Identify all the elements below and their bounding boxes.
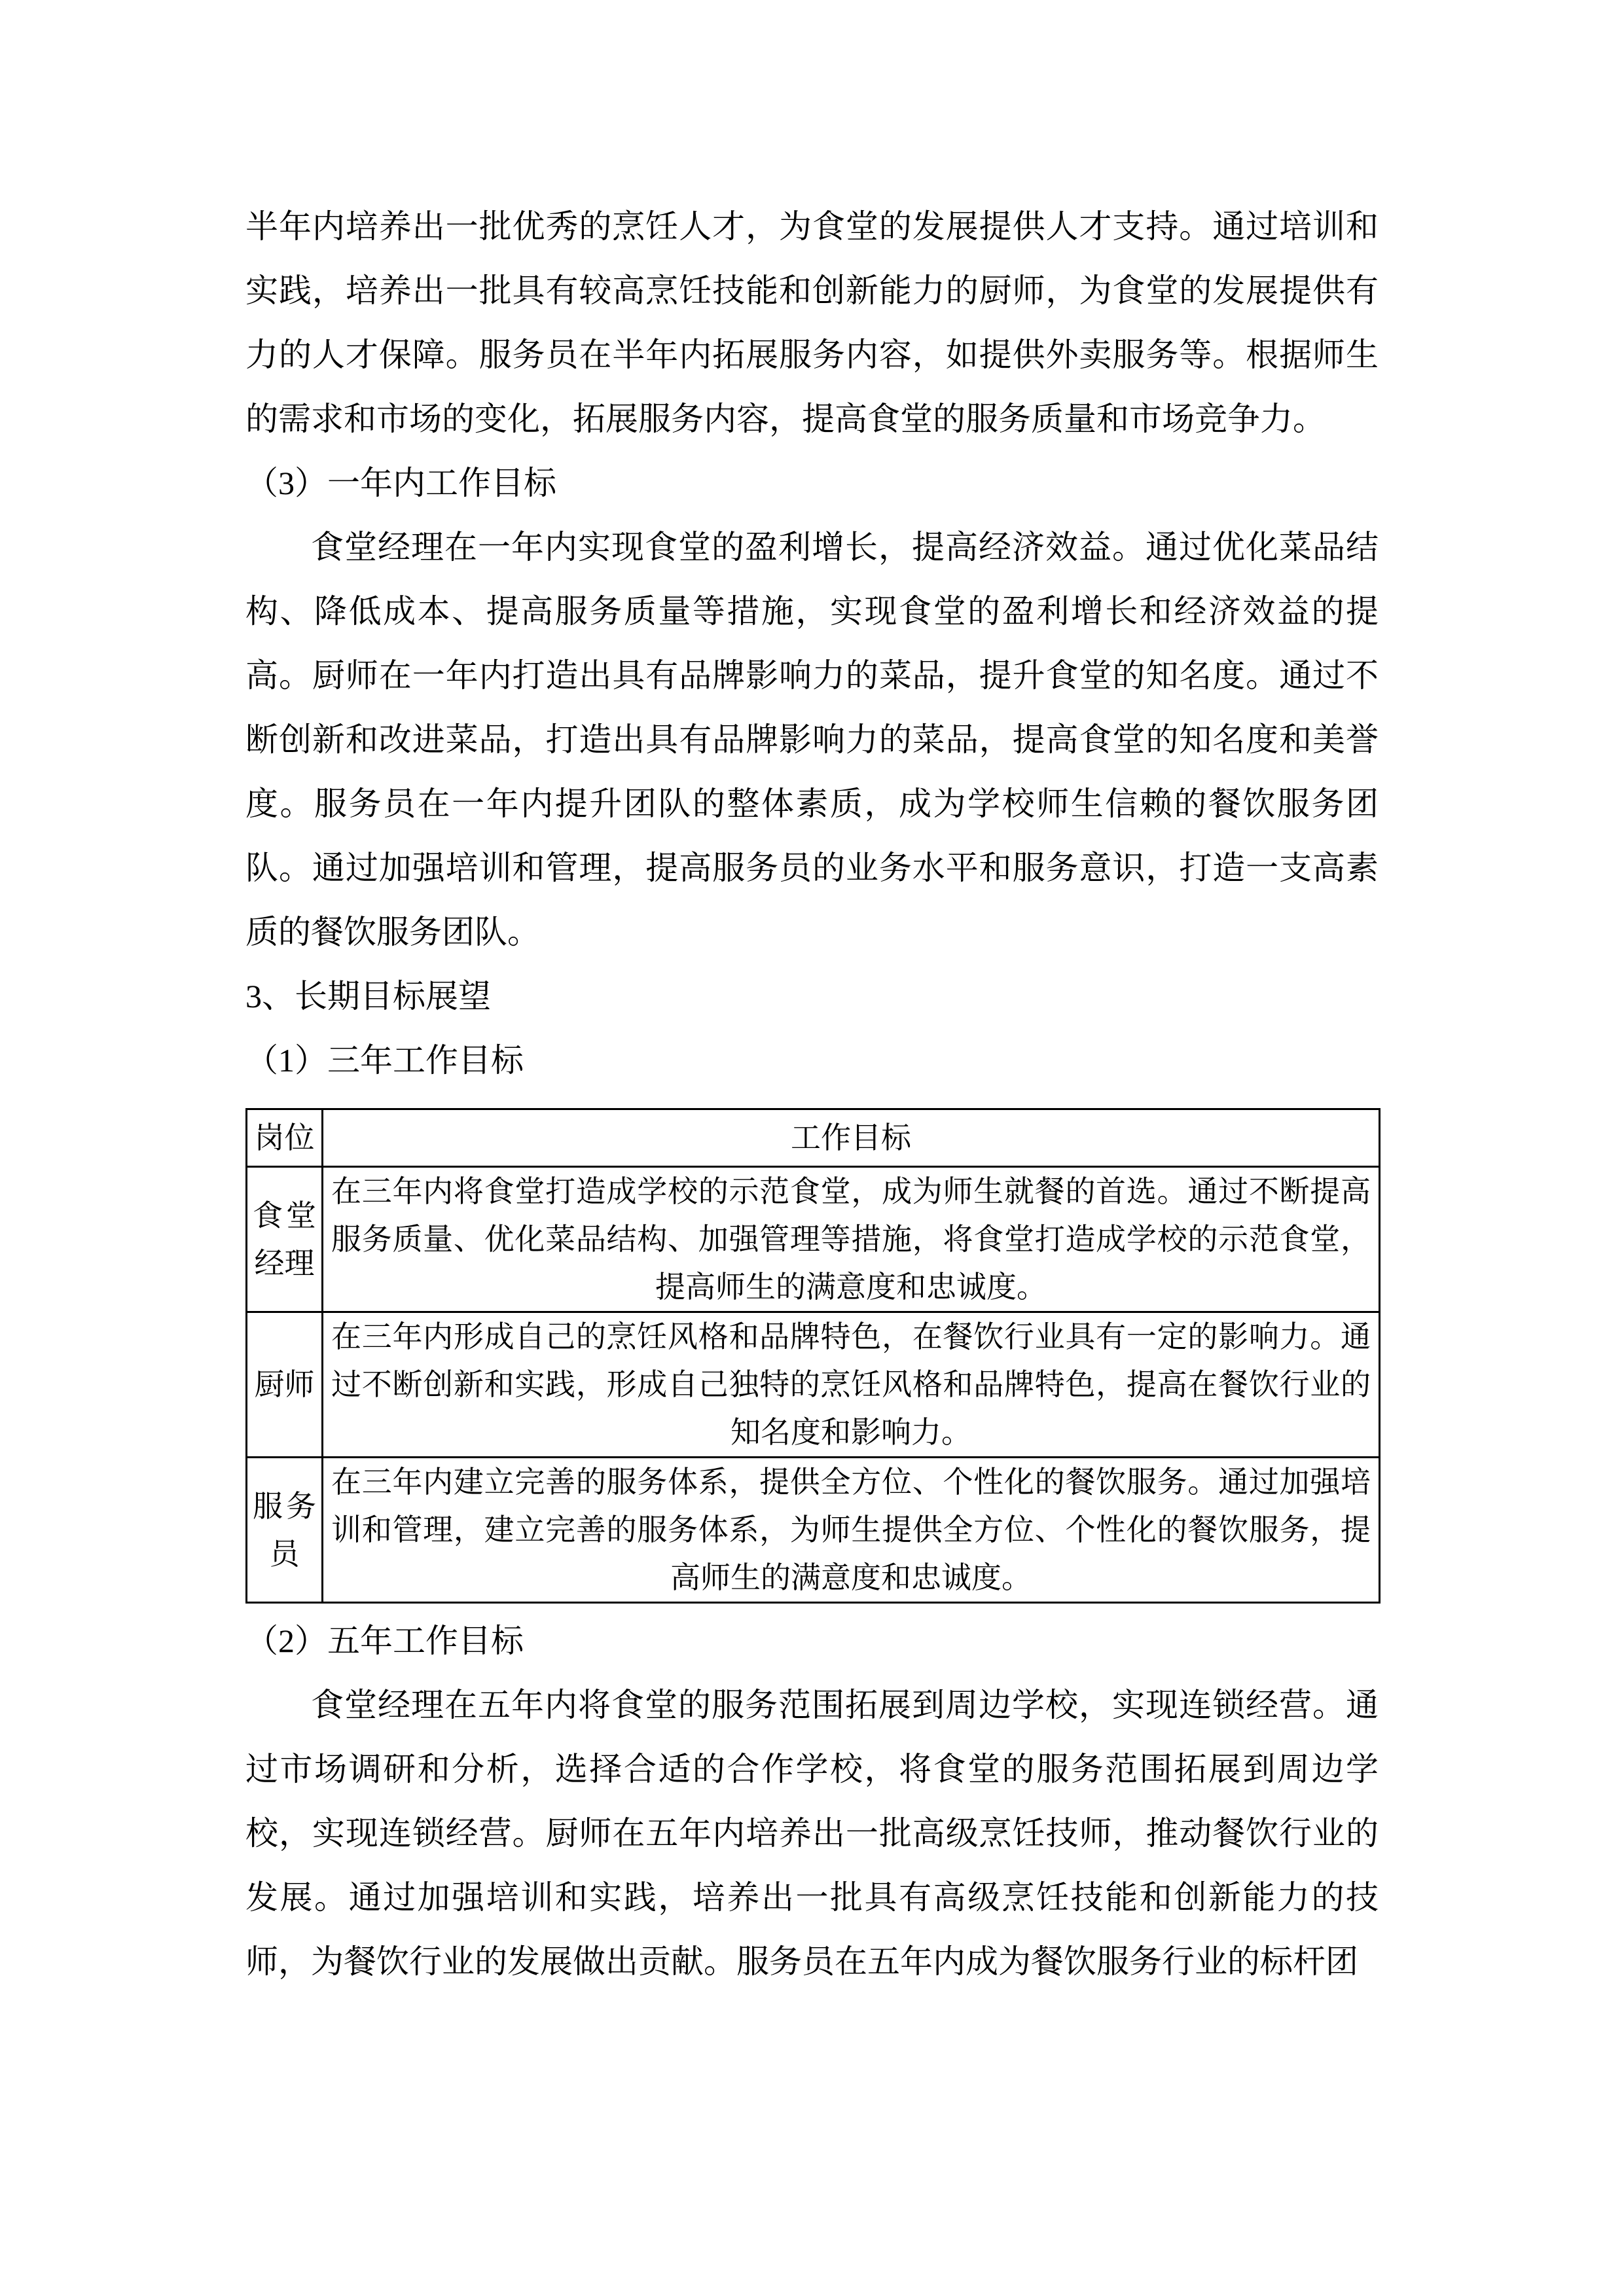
heading-three-year-goals: （1）三年工作目标 <box>245 1028 1379 1092</box>
three-year-goals-table: 岗位 工作目标 食堂经理 在三年内将食堂打造成学校的示范食堂，成为师生就餐的首选… <box>245 1108 1380 1604</box>
heading-long-term-outlook: 3、长期目标展望 <box>245 964 1379 1028</box>
heading-five-year-goals: （2）五年工作目标 <box>245 1609 1379 1673</box>
table-header-row: 岗位 工作目标 <box>247 1109 1380 1167</box>
table-row-canteen-manager: 食堂经理 在三年内将食堂打造成学校的示范食堂，成为师生就餐的首选。通过不断提高服… <box>247 1167 1380 1312</box>
paragraph-five-year-goals: 食堂经理在五年内将食堂的服务范围拓展到周边学校，实现连锁经营。通过市场调研和分析… <box>245 1673 1379 1994</box>
heading-one-year-goals: （3）一年内工作目标 <box>245 451 1379 515</box>
cell-goal-chef: 在三年内形成自己的烹饪风格和品牌特色，在餐饮行业具有一定的影响力。通过不断创新和… <box>323 1312 1380 1458</box>
table-row-chef: 厨师 在三年内形成自己的烹饪风格和品牌特色，在餐饮行业具有一定的影响力。通过不断… <box>247 1312 1380 1458</box>
cell-goal-canteen-manager: 在三年内将食堂打造成学校的示范食堂，成为师生就餐的首选。通过不断提高服务质量、优… <box>323 1167 1380 1312</box>
table-row-server: 服务员 在三年内建立完善的服务体系，提供全方位、个性化的餐饮服务。通过加强培训和… <box>247 1458 1380 1603</box>
cell-position-canteen-manager: 食堂经理 <box>247 1167 323 1312</box>
cell-position-chef: 厨师 <box>247 1312 323 1458</box>
table-header-position: 岗位 <box>247 1109 323 1167</box>
paragraph-half-year-goals: 半年内培养出一批优秀的烹饪人才，为食堂的发展提供人才支持。通过培训和实践，培养出… <box>245 194 1379 451</box>
cell-position-server: 服务员 <box>247 1458 323 1603</box>
cell-goal-server: 在三年内建立完善的服务体系，提供全方位、个性化的餐饮服务。通过加强培训和管理，建… <box>323 1458 1380 1603</box>
document-page: 半年内培养出一批优秀的烹饪人才，为食堂的发展提供人才支持。通过培训和实践，培养出… <box>0 0 1624 2296</box>
table-header-goal: 工作目标 <box>323 1109 1380 1167</box>
paragraph-one-year-goals: 食堂经理在一年内实现食堂的盈利增长，提高经济效益。通过优化菜品结构、降低成本、提… <box>245 515 1379 964</box>
